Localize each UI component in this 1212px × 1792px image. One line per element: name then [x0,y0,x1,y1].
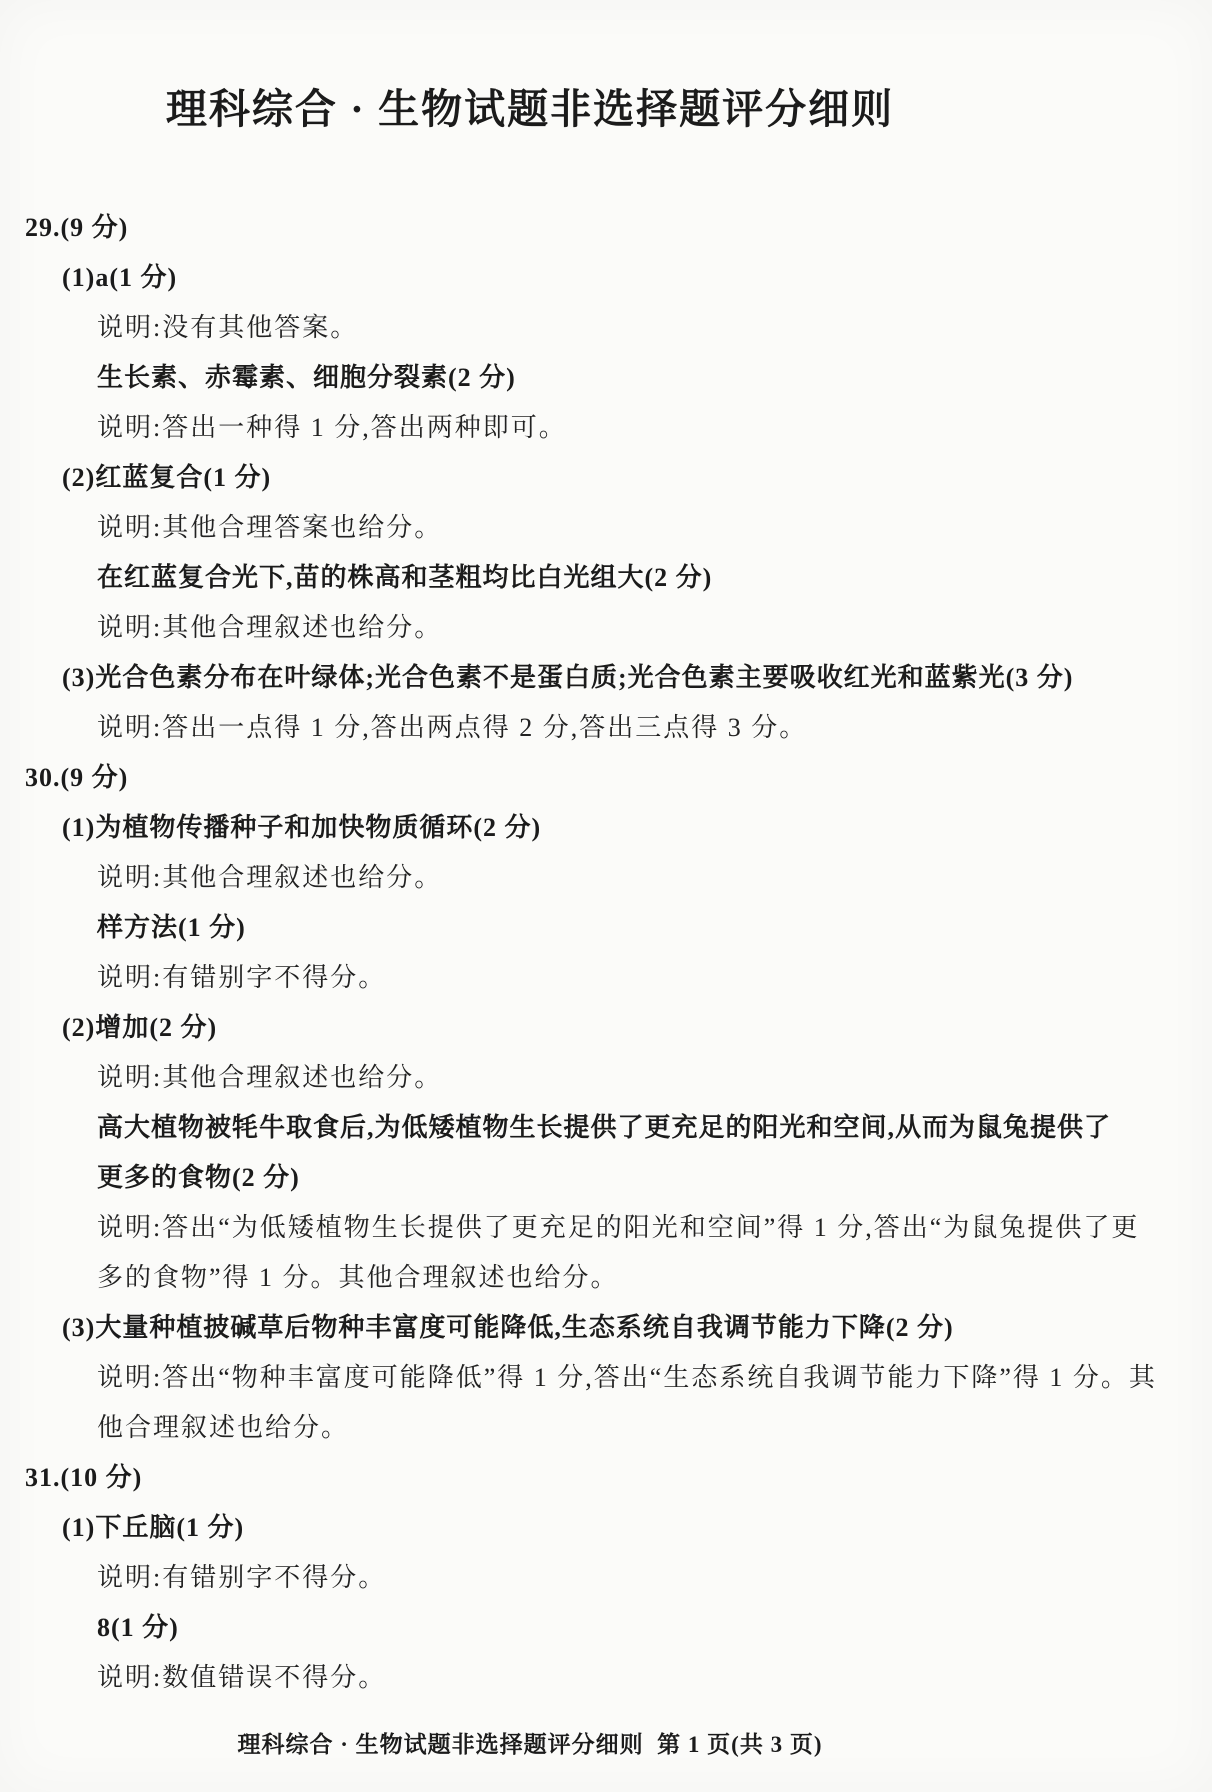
text-line: 更多的食物(2 分) [0,1153,1190,1203]
text-line: 说明:数值错误不得分。 [0,1653,1190,1703]
document-page: 理科综合 · 生物试题非选择题评分细则 29.(9 分)(1)a(1 分)说明:… [0,0,1212,1792]
text-line: (3)大量种植披碱草后物种丰富度可能降低,生态系统自我调节能力下降(2 分) [0,1303,1190,1353]
text-line: 31.(10 分) [0,1453,1190,1503]
text-line: (1)下丘脑(1 分) [0,1503,1190,1553]
text-line: (2)红蓝复合(1 分) [0,453,1190,503]
text-line: 说明:其他合理叙述也给分。 [0,853,1190,903]
text-line: 多的食物”得 1 分。其他合理叙述也给分。 [0,1253,1190,1303]
page-title: 理科综合 · 生物试题非选择题评分细则 [25,76,1035,135]
text-line: 说明:其他合理叙述也给分。 [0,1053,1190,1103]
text-line: 在红蓝复合光下,苗的株高和茎粗均比白光组大(2 分) [0,553,1190,603]
text-line: 说明:答出一点得 1 分,答出两点得 2 分,答出三点得 3 分。 [0,703,1190,753]
text-line: 说明:其他合理答案也给分。 [0,503,1190,553]
text-line: 说明:答出“物种丰富度可能降低”得 1 分,答出“生态系统自我调节能力下降”得 … [0,1353,1190,1403]
text-line: 8(1 分) [0,1603,1190,1653]
text-line: 说明:答出一种得 1 分,答出两种即可。 [0,403,1190,453]
text-line: 说明:有错别字不得分。 [0,1553,1190,1603]
document-body: 29.(9 分)(1)a(1 分)说明:没有其他答案。生长素、赤霉素、细胞分裂素… [0,203,1190,1703]
text-line: 高大植物被牦牛取食后,为低矮植物生长提供了更充足的阳光和空间,从而为鼠兔提供了 [0,1103,1190,1153]
text-line: 说明:其他合理叙述也给分。 [0,603,1190,653]
text-line: 样方法(1 分) [0,903,1190,953]
text-line: 说明:有错别字不得分。 [0,953,1190,1003]
text-line: (1)a(1 分) [0,253,1190,303]
text-line: 他合理叙述也给分。 [0,1403,1190,1453]
page-footer: 理科综合 · 生物试题非选择题评分细则 第 1 页(共 3 页) [25,1726,1035,1759]
text-line: (2)增加(2 分) [0,1003,1190,1053]
text-line: 30.(9 分) [0,753,1190,803]
text-line: 生长素、赤霉素、细胞分裂素(2 分) [0,353,1190,403]
text-line: (1)为植物传播种子和加快物质循环(2 分) [0,803,1190,853]
text-line: 说明:答出“为低矮植物生长提供了更充足的阳光和空间”得 1 分,答出“为鼠兔提供… [0,1203,1190,1253]
text-line: (3)光合色素分布在叶绿体;光合色素不是蛋白质;光合色素主要吸收红光和蓝紫光(3… [0,653,1190,703]
text-line: 说明:没有其他答案。 [0,303,1190,353]
text-line: 29.(9 分) [0,203,1190,253]
